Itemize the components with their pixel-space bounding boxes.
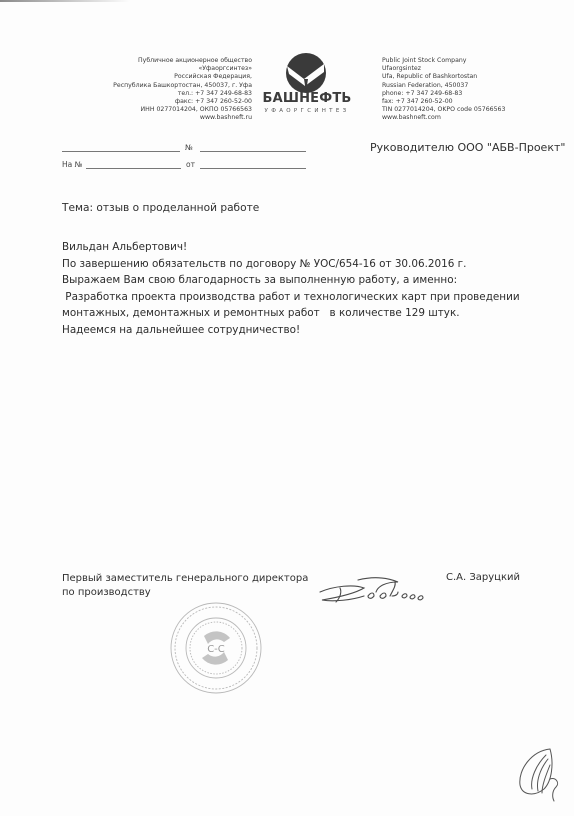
letterhead-right-line: Ufa, Republic of Bashkortostan: [382, 73, 552, 81]
date-label: от: [186, 160, 195, 169]
number-label: №: [185, 143, 193, 152]
closing-line: Надеемся на дальнейшее сотрудничество!: [62, 322, 520, 339]
logo-subtitle: УФАОРГСИНТЕЗ: [258, 108, 356, 114]
company-logo: БАШНЕФТЬ УФАОРГСИНТЕЗ: [258, 50, 370, 120]
salutation: Вильдан Альбертович!: [62, 239, 520, 256]
company-stamp-icon: С-С: [168, 600, 264, 696]
body-line: монтажных, демонтажных и ремонтных работ…: [62, 305, 520, 322]
letterhead-right-line: Ufaorgsintez: [382, 65, 552, 73]
letterhead-left-line: Публичное акционерное общество: [80, 57, 252, 65]
signatory-name: С.А. Заруцкий: [446, 572, 520, 583]
letterhead-left-line: Республика Башкортостан, 450037, г. Уфа: [80, 82, 252, 90]
body-line: По завершению обязательств по договору №…: [62, 256, 520, 273]
letterhead-right: Public Joint Stock Company Ufaorgsintez …: [382, 57, 552, 123]
letterhead-right-line: fax: +7 347 260-52-00: [382, 98, 552, 106]
body-line: Разработка проекта производства работ и …: [62, 289, 520, 306]
letterhead-right-line: Russian Federation, 450037: [382, 82, 552, 90]
addressee: Руководителю ООО "АБВ-Проект": [370, 141, 565, 154]
stamp-center-text: С-С: [207, 644, 225, 655]
letterhead-left-line: ИНН 0277014204, ОКПО 05766563: [80, 106, 252, 114]
letterhead-left-line: тел.: +7 347 249-68-83: [80, 90, 252, 98]
body-line: Выражаем Вам свою благодарность за выпол…: [62, 272, 520, 289]
bashneft-logo-icon: [284, 52, 328, 94]
signatory-title-line: Первый заместитель генерального директор…: [62, 572, 308, 586]
letter-body: Вильдан Альбертович! По завершению обяза…: [62, 239, 520, 339]
logo-wordmark: БАШНЕФТЬ: [258, 91, 356, 106]
letterhead-left-line: Российская Федерация,: [80, 73, 252, 81]
letterhead-right-line: www.bashneft.com: [382, 114, 552, 122]
letter-subject: Тема: отзыв о проделанной работе: [62, 202, 259, 214]
letterhead-right-line: phone: +7 347 249-68-83: [382, 90, 552, 98]
scan-edge-shade: [0, 0, 130, 2]
signatory-title: Первый заместитель генерального директор…: [62, 572, 308, 599]
letterhead-left-line: факс: +7 347 260-52-00: [80, 98, 252, 106]
letterhead-left-line: www.bashneft.ru: [80, 114, 252, 122]
handwritten-initials: [512, 745, 564, 803]
letterhead-right-line: TIN 0277014204, OKPO code 05766563: [382, 106, 552, 114]
in-reply-number-line: [86, 168, 181, 169]
letterhead-right-line: Public Joint Stock Company: [382, 57, 552, 65]
handwritten-signature: [314, 574, 432, 606]
outgoing-number-line: [200, 151, 306, 152]
letterhead-left: Публичное акционерное общество «Уфаоргси…: [80, 57, 252, 123]
outgoing-date-line: [62, 151, 180, 152]
in-reply-date-line: [200, 168, 306, 169]
signatory-title-line: по производству: [62, 586, 308, 600]
in-reply-label: На №: [62, 160, 82, 169]
